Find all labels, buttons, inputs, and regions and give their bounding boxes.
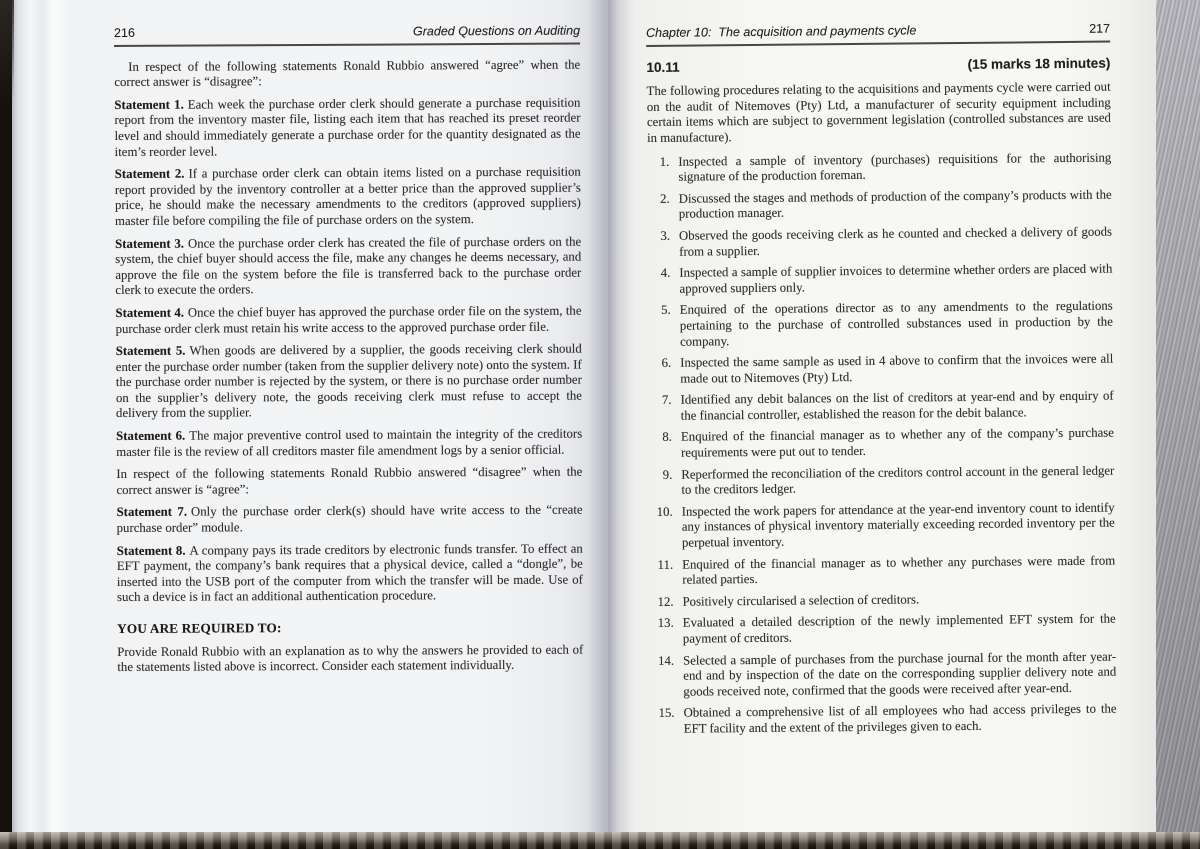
procedure-number: 11.	[651, 557, 673, 588]
procedure-number: 15.	[653, 706, 675, 737]
procedure-number: 8.	[650, 430, 672, 461]
procedure-item-3: 3.Observed the goods receiving clerk as …	[648, 224, 1112, 260]
statement-3-label: Statement 3.	[115, 236, 184, 250]
statement-6: Statement 6.The major preventive control…	[116, 427, 582, 461]
statement-5: Statement 5.When goods are delivered by …	[116, 342, 582, 422]
procedure-text: Selected a sample of purchases from the …	[683, 649, 1116, 700]
statement-7-label: Statement 7.	[117, 505, 188, 519]
procedure-number: 13.	[652, 616, 674, 647]
procedure-text: Positively circularised a selection of c…	[682, 590, 1115, 610]
procedure-item-10: 10.Inspected the work papers for attenda…	[651, 500, 1115, 551]
chapter-title: The acquisition and payments cycle	[718, 23, 916, 39]
required-paragraph: Provide Ronald Rubbio with an explanatio…	[117, 642, 583, 676]
statement-8-label: Statement 8.	[117, 543, 186, 557]
book-spine-gutter	[586, 0, 632, 834]
procedure-number: 14.	[652, 653, 674, 700]
procedure-number: 1.	[647, 154, 669, 185]
right-page-header: Chapter 10: The acquisition and payments…	[646, 22, 1110, 42]
left-page-header: 216 Graded Questions on Auditing	[114, 24, 580, 42]
statement-1: Statement 1.Each week the purchase order…	[114, 95, 580, 160]
intro-disagree-paragraph: In respect of the following statements R…	[116, 465, 582, 499]
header-rule-left	[114, 42, 580, 46]
page-number-left: 216	[114, 26, 135, 42]
procedure-number: 2.	[648, 192, 670, 223]
statement-6-label: Statement 6.	[116, 429, 185, 443]
running-head-left: Graded Questions on Auditing	[413, 24, 580, 40]
statement-7: Statement 7.Only the purchase order cler…	[117, 503, 583, 537]
procedure-text: Inspected the same sample as used in 4 a…	[680, 352, 1113, 387]
procedure-number: 4.	[648, 266, 670, 297]
statement-1-text: Each week the purchase order clerk shoul…	[114, 95, 580, 158]
procedure-text: Inspected the work papers for attendance…	[682, 500, 1115, 551]
procedure-item-5: 5.Enquired of the operations director as…	[649, 299, 1113, 350]
question-intro-paragraph: The following procedures relating to the…	[647, 80, 1112, 147]
procedure-text: Observed the goods receiving clerk as he…	[679, 224, 1112, 259]
running-head-right: Chapter 10: The acquisition and payments…	[646, 23, 916, 41]
question-heading-row: 10.11 (15 marks 18 minutes)	[646, 55, 1110, 75]
intro-agree-paragraph: In respect of the following statements R…	[114, 57, 580, 91]
statement-2: Statement 2.If a purchase order clerk ca…	[115, 165, 581, 230]
right-page-content: Chapter 10: The acquisition and payments…	[646, 22, 1117, 744]
procedure-text: Enquired of the operations director as t…	[680, 299, 1113, 350]
procedure-item-9: 9.Reperformed the reconciliation of the …	[650, 463, 1114, 499]
procedure-item-8: 8.Enquired of the financial manager as t…	[650, 426, 1114, 462]
procedure-item-1: 1.Inspected a sample of inventory (purch…	[647, 150, 1111, 186]
page-edges-bottom	[0, 832, 1200, 849]
book-scan: 216 Graded Questions on Auditing In resp…	[0, 0, 1200, 849]
procedure-item-7: 7.Identified any debit balances on the l…	[650, 389, 1114, 425]
procedure-text: Discussed the stages and methods of prod…	[679, 187, 1112, 222]
statement-6-text: The major preventive control used to mai…	[116, 427, 582, 459]
statement-2-label: Statement 2.	[115, 167, 185, 181]
procedure-number: 9.	[650, 467, 672, 498]
you-are-required-heading: YOU ARE REQUIRED TO:	[117, 619, 583, 637]
procedure-item-11: 11.Enquired of the financial manager as …	[651, 553, 1115, 589]
procedure-text: Evaluated a detailed description of the …	[683, 612, 1116, 647]
procedure-number: 6.	[649, 356, 671, 387]
chapter-label: Chapter 10:	[646, 25, 711, 40]
fanned-page-edges-right	[1156, 0, 1200, 849]
procedure-text: Obtained a comprehensive list of all emp…	[684, 702, 1117, 737]
question-number: 10.11	[646, 59, 679, 75]
procedure-number: 10.	[651, 505, 673, 552]
procedure-number: 12.	[651, 595, 673, 611]
left-page-content: 216 Graded Questions on Auditing In resp…	[114, 24, 583, 683]
question-marks: (15 marks 18 minutes)	[967, 55, 1110, 72]
statement-4-label: Statement 4.	[115, 306, 183, 320]
procedure-item-14: 14.Selected a sample of purchases from t…	[652, 649, 1116, 700]
statement-3-text: Once the purchase order clerk has create…	[115, 234, 581, 297]
procedure-text: Enquired of the financial manager as to …	[681, 426, 1114, 461]
statement-4-text: Once the chief buyer has approved the pu…	[116, 303, 582, 335]
statement-8: Statement 8.A company pays its trade cre…	[117, 541, 583, 606]
procedure-text: Inspected a sample of supplier invoices …	[679, 262, 1112, 297]
procedure-item-12: 12.Positively circularised a selection o…	[651, 590, 1115, 610]
procedure-item-2: 2.Discussed the stages and methods of pr…	[648, 187, 1112, 223]
procedure-text: Inspected a sample of inventory (purchas…	[678, 150, 1111, 185]
procedure-text: Reperformed the reconciliation of the cr…	[681, 463, 1114, 498]
statement-3: Statement 3.Once the purchase order cler…	[115, 234, 581, 299]
procedure-text: Enquired of the financial manager as to …	[682, 553, 1115, 588]
statement-8-text: A company pays its trade creditors by el…	[117, 541, 583, 604]
procedure-text: Identified any debit balances on the lis…	[681, 389, 1114, 424]
statement-1-label: Statement 1.	[114, 97, 183, 111]
procedure-item-6: 6.Inspected the same sample as used in 4…	[649, 352, 1113, 388]
statement-5-label: Statement 5.	[116, 344, 186, 358]
procedure-number: 5.	[649, 303, 671, 350]
procedure-item-15: 15.Obtained a comprehensive list of all …	[653, 702, 1117, 738]
procedure-item-4: 4.Inspected a sample of supplier invoice…	[648, 262, 1112, 298]
header-rule-right	[646, 40, 1110, 46]
cover-corner-shadow	[0, 0, 14, 140]
procedure-number: 3.	[648, 229, 670, 260]
procedure-item-13: 13.Evaluated a detailed description of t…	[652, 612, 1116, 648]
procedure-number: 7.	[650, 393, 672, 424]
statement-4: Statement 4.Once the chief buyer has app…	[115, 303, 581, 337]
page-number-right: 217	[1089, 22, 1110, 38]
